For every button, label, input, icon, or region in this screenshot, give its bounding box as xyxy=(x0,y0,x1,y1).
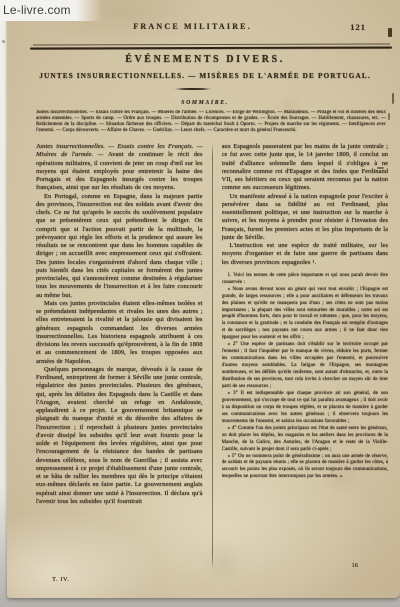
footnote: « Nous avons devant nous un géant qui ve… xyxy=(222,286,389,342)
paragraph: En Portugal, comme en Espagne, dans la m… xyxy=(36,193,203,300)
signature-mark: 16 xyxy=(352,562,359,569)
paragraph: Un manifeste adressé à la nation espagno… xyxy=(222,193,389,243)
paragraph: Juntes insurrectionnelles. — Essais cont… xyxy=(36,143,203,193)
footnote: 1. Voici les termes de cette pièce impor… xyxy=(222,272,389,286)
ink-speck xyxy=(392,93,394,104)
ink-speck xyxy=(2,40,5,43)
running-title: FRANCE MILITAIRE. xyxy=(35,22,350,31)
footnote: « 2° Une espèce de partisans doit s'étab… xyxy=(222,341,389,390)
running-head: FRANCE MILITAIRE. 121 xyxy=(35,21,388,32)
scanned-page: Le-livre.com FRANCE MILITAIRE. 121 ÉVÉNE… xyxy=(0,0,400,607)
ink-speck xyxy=(388,113,390,120)
right-column: aux Espagnols passeraient par les mains … xyxy=(222,143,389,569)
paragraph: L'instruction est une espèce de traité m… xyxy=(222,242,389,267)
watermark-text: Le-livre.com xyxy=(3,3,71,17)
column-divider-rule xyxy=(212,143,213,569)
article-subtitle: JUNTES INSURRECTIONNELLES. — MISÈRES DE … xyxy=(35,71,375,80)
paragraph: aux Espagnols passeraient par les mains … xyxy=(222,143,389,193)
footnote: « 5° On ne nommera point de généralissim… xyxy=(222,453,389,481)
title-divider xyxy=(174,88,212,90)
sommaire-label: SOMMAIRE. xyxy=(35,100,375,106)
footnotes-block: 1. Voici les termes de cette pièce impor… xyxy=(222,272,389,481)
left-column: Juntes insurrectionnelles. — Essais cont… xyxy=(36,143,203,569)
ink-speck xyxy=(388,28,392,37)
paragraph: Quelques personnages de marque, dévoués … xyxy=(36,366,203,506)
footnote: « 3° Il est indispensable que chaque pro… xyxy=(222,390,389,425)
ink-speck xyxy=(377,167,384,169)
footnote: « 4° Comme l'un des points principaux es… xyxy=(222,425,389,453)
sommaire-text: Juntes insurrectionnelles. — Essais cont… xyxy=(36,110,386,141)
tome-mark: T. IV. xyxy=(52,576,69,583)
article-title: ÉVÉNEMENTS DIVERS. xyxy=(35,54,375,65)
paragraph: Mais ces juntes provinciales étaient ell… xyxy=(36,300,203,366)
page-number: 121 xyxy=(350,22,366,32)
text-columns: Juntes insurrectionnelles. — Essais cont… xyxy=(36,143,388,569)
